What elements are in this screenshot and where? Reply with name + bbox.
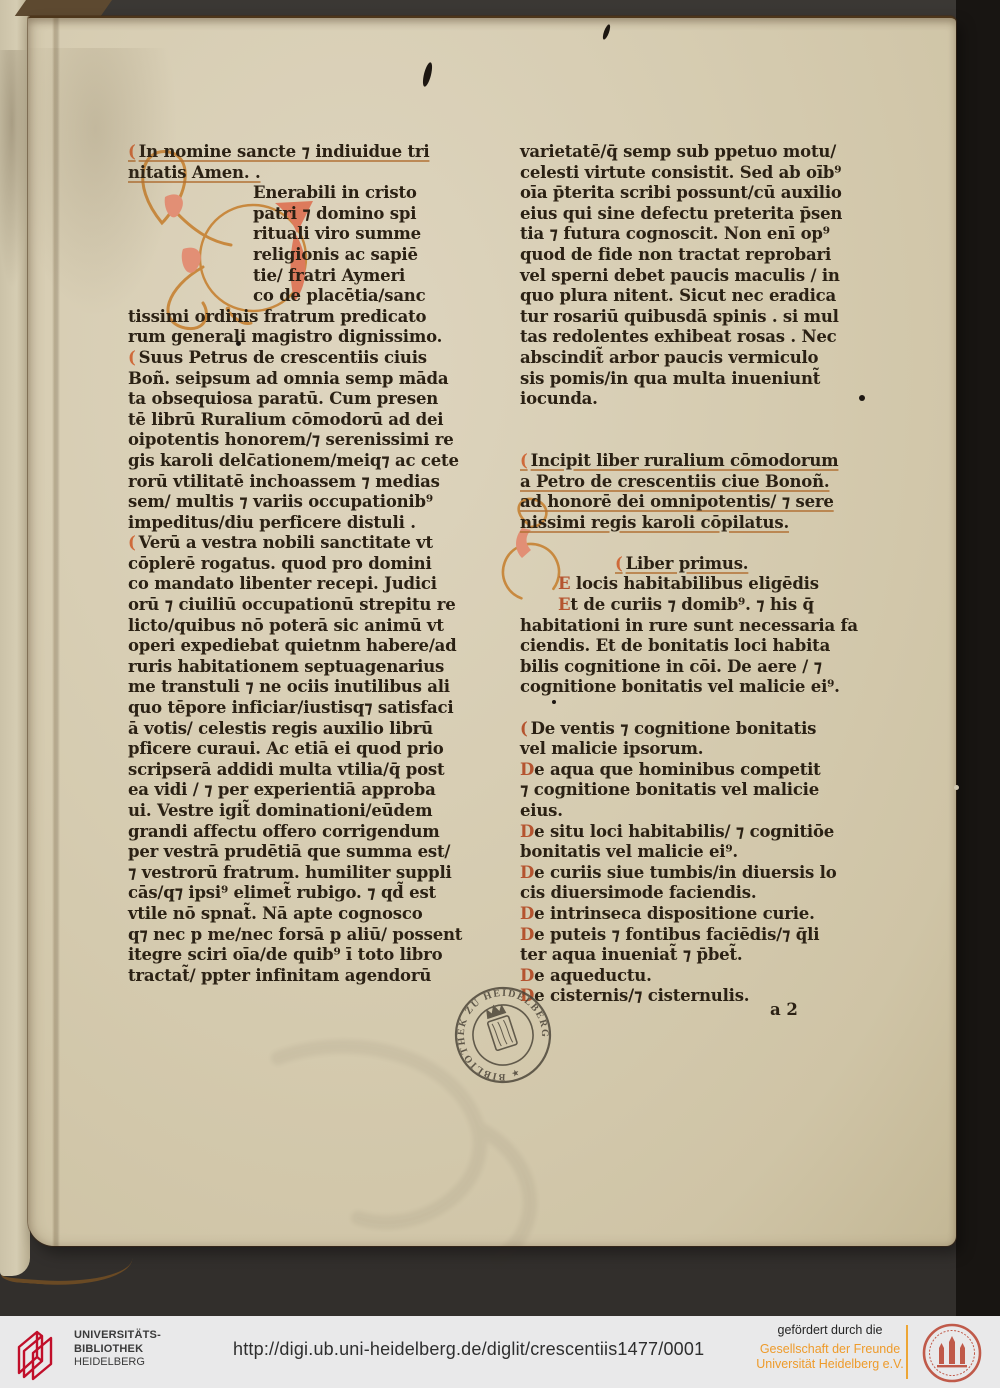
text-line: rituali viro summe	[253, 224, 512, 245]
text-line: tē librū Ruralium cōmodorū ad dei	[128, 410, 512, 431]
logo-text-line: BIBLIOTHEK	[74, 1343, 161, 1357]
right-text-column: varietatē/q̄ semp sub ppetuo motu/celest…	[520, 142, 898, 1007]
text-line: nitatis Amen. .	[128, 163, 512, 184]
text-line: bilis cognitione in cōi. De aere / ⁊	[520, 657, 898, 678]
text-line: eius.	[520, 801, 898, 822]
text-line: cōplerē rogatus. quod pro domini	[128, 554, 512, 575]
footer-divider	[906, 1325, 908, 1379]
ink-speck	[236, 341, 241, 346]
text-line: tie/ fratri Aymeri	[253, 266, 512, 287]
text-line: vel malicie ipsorum.	[520, 739, 898, 760]
text-line: De ventis ⁊ cognitione bonitatis	[520, 719, 898, 740]
text-line: ter aqua inueniat̃ ⁊ p̄bet̃.	[520, 945, 898, 966]
funding-credit: gefördert durch die Gesellschaft der Fre…	[752, 1323, 908, 1372]
text-line: De intrinseca dispositione curie.	[520, 904, 898, 925]
cover-edge-line	[1, 1236, 134, 1291]
text-line: patri ⁊ domino spi	[253, 204, 512, 225]
text-line: ad honorē dei omnipotentis/ ⁊ sere	[520, 492, 898, 513]
quire-signature: a 2	[770, 1000, 798, 1019]
funding-org-line: Gesellschaft der Freunde	[752, 1342, 908, 1357]
text-line	[520, 430, 898, 451]
manuscript-page: In nomine sancte ⁊ indiuidue trinitatis …	[28, 16, 956, 1246]
text-line: ui. Vestre igit̃ dominationi/eūdem	[128, 801, 512, 822]
text-line: quo tēpore inficiar/iustisq⁊ satisfaci	[128, 698, 512, 719]
text-line: sem/ multis ⁊ variis occupationib⁹	[128, 492, 512, 513]
text-line: ā votis/ celestis regis auxilio librū	[128, 719, 512, 740]
text-line: ciendis. Et de bonitatis loci habita	[520, 636, 898, 657]
text-line: Enerabili in cristo	[253, 183, 512, 204]
text-line: grandi affectu offero corrigendum	[128, 822, 512, 843]
text-line: varietatē/q̄ semp sub ppetuo motu/	[520, 142, 898, 163]
text-line	[520, 533, 898, 554]
text-line: Boñ. seipsum ad omnia semp māda	[128, 369, 512, 390]
text-line: De situ loci habitabilis/ ⁊ cognitiōe	[520, 822, 898, 843]
ink-speck	[552, 700, 556, 704]
text-line: co de placētia/sanc	[253, 286, 512, 307]
logo-text-line: UNIVERSITÄTS-	[74, 1329, 161, 1343]
text-line: scripserā addidi multa vtilia/q̄ post	[128, 760, 512, 781]
text-line	[520, 698, 898, 719]
text-line: oipotentis honorem/⁊ serenissimi re	[128, 430, 512, 451]
text-line	[520, 410, 898, 431]
text-line: celesti virtute consistit. Sed ab oīb⁹	[520, 163, 898, 184]
text-line: tur rosariū quibusdā spinis . si mul	[520, 307, 898, 328]
text-line: operi expediebat quietnm habere/ad	[128, 636, 512, 657]
text-line: q⁊ nec p me/nec forsā p aliū/ possent	[128, 925, 512, 946]
ink-speck	[859, 395, 865, 401]
text-line: E locis habitabilibus eligēdis	[558, 574, 898, 595]
text-line: quod de fide non tractat reprobari	[520, 245, 898, 266]
funding-org-line: Universität Heidelberg e.V.	[752, 1357, 908, 1372]
text-line: iocunda.	[520, 389, 898, 410]
cover-corner	[15, 0, 112, 16]
university-seal-icon	[921, 1322, 983, 1384]
university-library-logo-icon	[12, 1323, 68, 1381]
text-line: De cisternis/⁊ cisternulis.	[520, 986, 898, 1007]
branding-footer: UNIVERSITÄTS- BIBLIOTHEK HEIDELBERG http…	[0, 1316, 1000, 1388]
text-line: sis pomis/in qua multa inueniunt̃	[520, 369, 898, 390]
text-line: cis diuersimode faciendis.	[520, 883, 898, 904]
text-line: a Petro de crescentiis ciue Bonoñ.	[520, 472, 898, 493]
text-line: religionis ac sapiē	[253, 245, 512, 266]
funding-prefix: gefördert durch die	[752, 1323, 908, 1337]
text-line: per vestrā prudētiā que summa est/	[128, 842, 512, 863]
left-text-column: In nomine sancte ⁊ indiuidue trinitatis …	[128, 142, 512, 986]
text-line: tas redolentes exhibeat rosas . Nec	[520, 327, 898, 348]
photo-backdrop: In nomine sancte ⁊ indiuidue trinitatis …	[0, 0, 1000, 1316]
digitization-url: http://digi.ub.uni-heidelberg.de/diglit/…	[233, 1339, 704, 1360]
text-line: rum generali magistro dignissimo.	[128, 327, 512, 348]
text-line: rorū vtilitatē inchoassem ⁊ medias	[128, 472, 512, 493]
text-line: eius qui sine defectu preterita p̄sen	[520, 204, 898, 225]
text-line: Verū a vestra nobili sanctitate vt	[128, 533, 512, 554]
library-logo-text: UNIVERSITÄTS- BIBLIOTHEK HEIDELBERG	[74, 1329, 161, 1370]
text-line: ⁊ cognitione bonitatis vel malicie	[520, 780, 898, 801]
text-line: De aqua que hominibus competit	[520, 760, 898, 781]
text-line: nissimi regis karoli cōpilatus.	[520, 513, 898, 534]
text-line: De curiis siue tumbis/in diuersis lo	[520, 863, 898, 884]
text-line: orū ⁊ ciuiliū occupationū strepitu re	[128, 595, 512, 616]
text-line: De aqueductu.	[520, 966, 898, 987]
text-line: pficere curaui. Ac etiā ei quod prio	[128, 739, 512, 760]
text-line: ea vidi / ⁊ per experientiā approba	[128, 780, 512, 801]
text-line: ruris habitationem septuagenarius	[128, 657, 512, 678]
book-right-edge	[956, 0, 1000, 1316]
text-line: co mandato libenter recepi. Judici	[128, 574, 512, 595]
text-line: abscindit̃ arbor paucis vermiculo	[520, 348, 898, 369]
text-line: oīa p̄terita scribi possunt/cū auxilio	[520, 183, 898, 204]
text-line: me transtuli ⁊ ne ociis inutilibus ali	[128, 677, 512, 698]
flyleaf-edge	[0, 0, 30, 1276]
text-line: vtile nō spnat̃. Nā apte cognosco	[128, 904, 512, 925]
text-line: ta obsequiosa paratū. Cum presen	[128, 389, 512, 410]
text-line: licto/quibus nō poterā sic animū vt	[128, 616, 512, 637]
text-line: cās/q⁊ ipsi⁹ elimet̃ rubigo. ⁊ qd̃ est	[128, 883, 512, 904]
text-line: Liber primus.	[615, 554, 898, 575]
logo-text-line: HEIDELBERG	[74, 1356, 161, 1370]
text-line: De puteis ⁊ fontibus faciēdis/⁊ q̄li	[520, 925, 898, 946]
text-line: tia ⁊ futura cognoscit. Non enī op⁹	[520, 224, 898, 245]
show-through-ghost	[238, 1018, 578, 1288]
text-line: Et de curiis ⁊ domib⁹. ⁊ his q̄	[558, 595, 898, 616]
text-line: impeditus/diu perficere distuli .	[128, 513, 512, 534]
text-line: quo plura nitent. Sicut nec eradica	[520, 286, 898, 307]
text-line: In nomine sancte ⁊ indiuidue tri	[128, 142, 512, 163]
text-line: Suus Petrus de crescentiis ciuis	[128, 348, 512, 369]
text-line: vel sperni debet paucis maculis / in	[520, 266, 898, 287]
paper-fleck	[954, 785, 959, 790]
text-line: ⁊ vestrorū fratrum. humiliter suppli	[128, 863, 512, 884]
text-line: gis karoli delc̄ationem/meiq⁊ ac cete	[128, 451, 512, 472]
text-line: bonitatis vel malicie ei⁹.	[520, 842, 898, 863]
text-line: habitationi in rure sunt necessaria fa	[520, 616, 898, 637]
text-line: itegre sciri oīa/de quib⁹ ī toto libro	[128, 945, 512, 966]
text-line: cognitione bonitatis vel malicie ei⁹.	[520, 677, 898, 698]
text-line: Incipit liber ruralium cōmodorum	[520, 451, 898, 472]
text-line: tissimi ordinis fratrum predicato	[128, 307, 512, 328]
